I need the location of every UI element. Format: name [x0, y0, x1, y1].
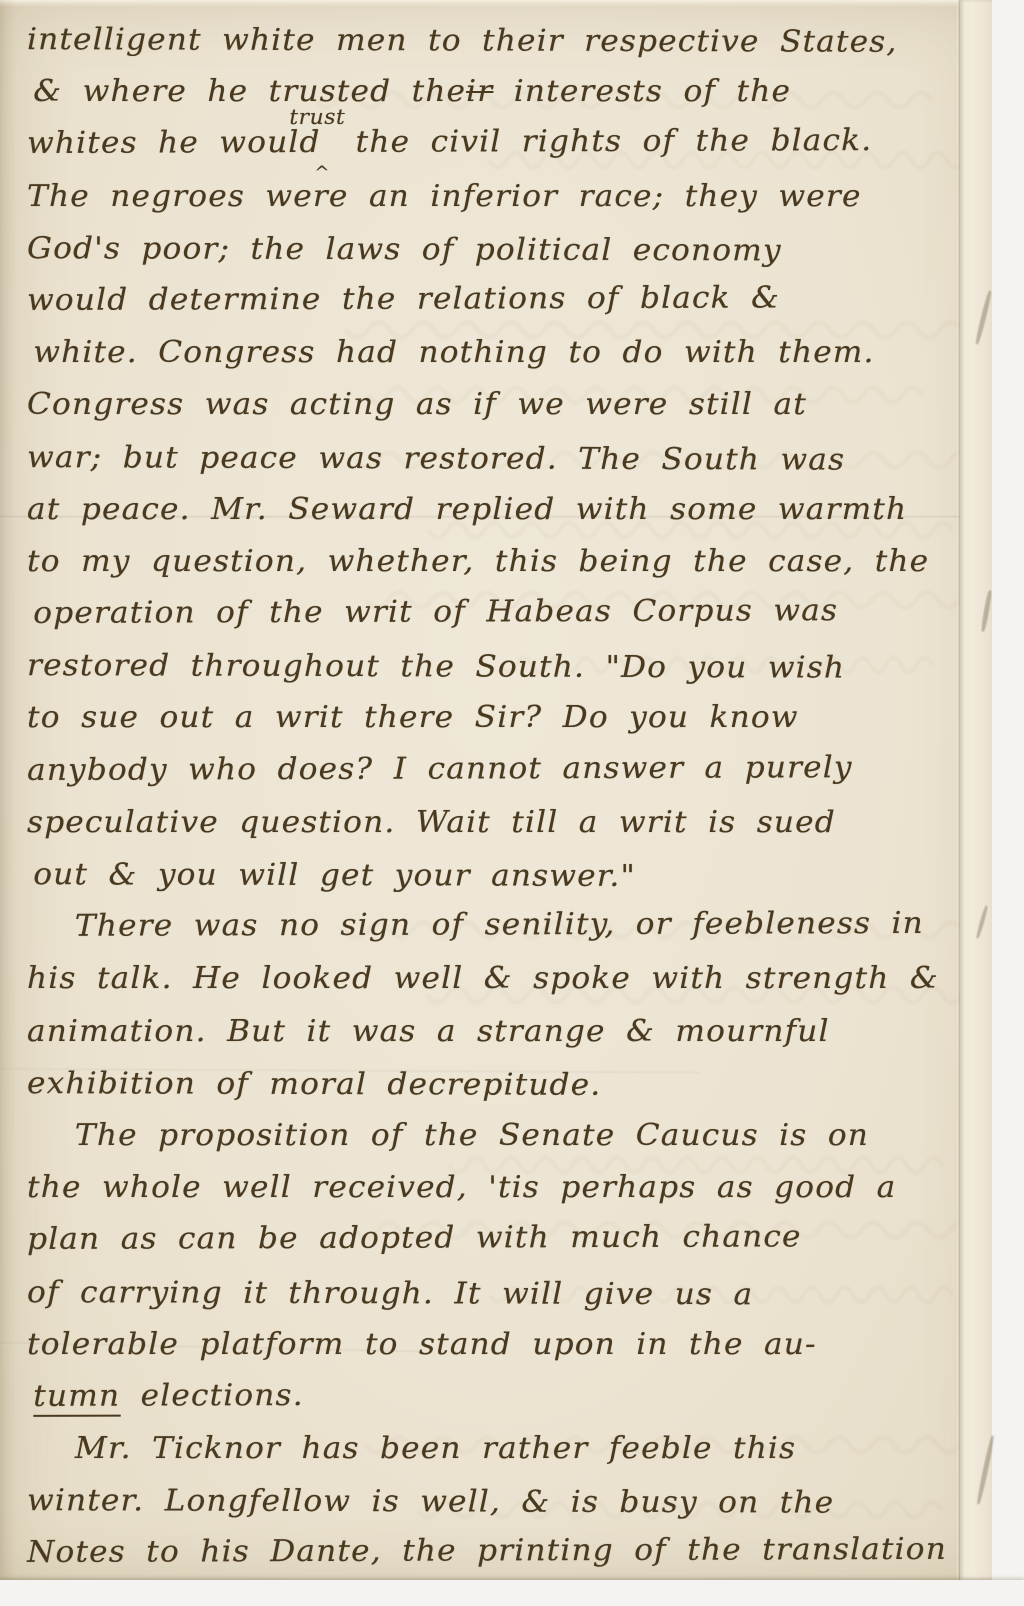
letter-line: Notes to his Dante, the printing of the …: [0, 1524, 1024, 1580]
letter-line: winter. Longfellow is well, & is busy on…: [0, 1475, 1024, 1530]
letter-line: speculative question. Wait till a writ i…: [0, 797, 1024, 849]
line-text: restored throughout the South. "Do you w…: [27, 648, 845, 685]
letter-line: tolerable platform to stand upon in the …: [0, 1319, 1024, 1371]
letter-line: would determine the relations of black &: [0, 271, 1024, 327]
letter-line-paragraph-start: There was no sign of senility, or feeble…: [0, 898, 1024, 954]
line-text: the civil rights of the black.: [335, 123, 872, 160]
line-text: Notes to his Dante, the printing of the …: [27, 1532, 947, 1570]
letter-line-with-insertion: whites he wouldtrust^ the civil rights o…: [0, 115, 1024, 171]
letter-line: restored throughout the South. "Do you w…: [0, 640, 1024, 695]
letter-line: plan as can be adopted with much chance: [0, 1211, 1024, 1267]
letter-line: animation. But it was a strange & mournf…: [0, 1006, 1024, 1058]
letter-line-with-strikeout: & where he trusted their interests of th…: [0, 66, 1024, 118]
letter-line: of carrying it through. It will give us …: [0, 1267, 1024, 1322]
line-text: winter. Longfellow is well, & is busy on…: [27, 1483, 834, 1520]
letter-line: war; but peace was restored. The South w…: [0, 432, 1024, 487]
line-text: intelligent white men to their respectiv…: [27, 22, 898, 60]
letter-line: The negroes were an inferior race; they …: [0, 171, 1024, 223]
line-text: God's poor; the laws of political econom…: [27, 231, 782, 268]
line-text: would determine the relations of black &: [27, 280, 780, 318]
letter-line: intelligent white men to their respectiv…: [0, 14, 1024, 69]
scan-background: intelligent white men to their respectiv…: [0, 0, 1024, 1606]
line-text: & where he trusted the: [33, 74, 466, 109]
letter-line-paragraph-start: Mr. Ticknor has been rather feeble this: [0, 1423, 1024, 1475]
letter-line: at peace. Mr. Seward replied with some w…: [0, 484, 1024, 536]
line-text: anybody who does? I cannot answer a pure…: [27, 750, 853, 788]
line-text: out & you will get your answer.": [33, 857, 636, 894]
line-text: The proposition of the Senate Caucus is …: [75, 1118, 869, 1153]
struck-out-text: ir: [466, 74, 493, 109]
line-text: his talk. He looked well & spoke with st…: [27, 961, 939, 996]
line-text: interests of the: [493, 74, 791, 109]
line-text: to my question, whether, this being the …: [27, 544, 929, 579]
letter-line: to my question, whether, this being the …: [0, 536, 1024, 588]
insertion: trust^: [321, 151, 336, 152]
line-text: white. Congress had nothing to do with t…: [33, 335, 874, 370]
letter-line: his talk. He looked well & spoke with st…: [0, 953, 1024, 1005]
line-text: of carrying it through. It will give us …: [27, 1275, 753, 1312]
letter-line: operation of the writ of Habeas Corpus w…: [0, 585, 1024, 641]
line-text: Mr. Ticknor has been rather feeble this: [75, 1431, 796, 1466]
underlined-text: tumn: [33, 1378, 120, 1416]
letter-line: out & you will get your answer.": [0, 849, 1024, 904]
letter-line: Congress was acting as if we were still …: [0, 379, 1024, 431]
line-text: the whole well received, 'tis perhaps as…: [27, 1170, 896, 1205]
line-text: There was no sign of senility, or feeble…: [75, 906, 924, 944]
letter-line: anybody who does? I cannot answer a pure…: [0, 741, 1024, 797]
letter-line: God's poor; the laws of political econom…: [0, 223, 1024, 278]
line-text: war; but peace was restored. The South w…: [27, 440, 845, 477]
letter-line-paragraph-start: The proposition of the Senate Caucus is …: [0, 1110, 1024, 1162]
line-text: elections.: [120, 1378, 304, 1414]
line-text: exhibition of moral decrepitude.: [27, 1066, 601, 1103]
line-text: at peace. Mr. Seward replied with some w…: [27, 492, 907, 527]
letter-page: intelligent white men to their respectiv…: [0, 0, 992, 1580]
line-text: plan as can be adopted with much chance: [27, 1220, 802, 1258]
line-text: speculative question. Wait till a writ i…: [27, 805, 836, 840]
inserted-word: trust: [289, 107, 345, 128]
letter-line: white. Congress had nothing to do with t…: [0, 327, 1024, 379]
line-text: whites he would: [27, 125, 321, 161]
line-text: Congress was acting as if we were still …: [27, 387, 807, 422]
line-text: operation of the writ of Habeas Corpus w…: [33, 593, 838, 631]
letter-line: to sue out a writ there Sir? Do you know: [0, 692, 1024, 744]
letter-line: the whole well received, 'tis perhaps as…: [0, 1162, 1024, 1214]
letter-line-with-underline: tumn elections.: [0, 1367, 1024, 1423]
line-text: to sue out a writ there Sir? Do you know: [27, 700, 799, 735]
line-text: animation. But it was a strange & mournf…: [27, 1014, 830, 1049]
letter-line: exhibition of moral decrepitude.: [0, 1058, 1024, 1113]
line-text: The negroes were an inferior race; they …: [27, 179, 862, 214]
line-text: tolerable platform to stand upon in the …: [27, 1327, 817, 1362]
letter-body: intelligent white men to their respectiv…: [0, 14, 985, 1580]
adjacent-page-edge: [960, 0, 992, 1580]
scanner-background-strip: [0, 1580, 1024, 1606]
